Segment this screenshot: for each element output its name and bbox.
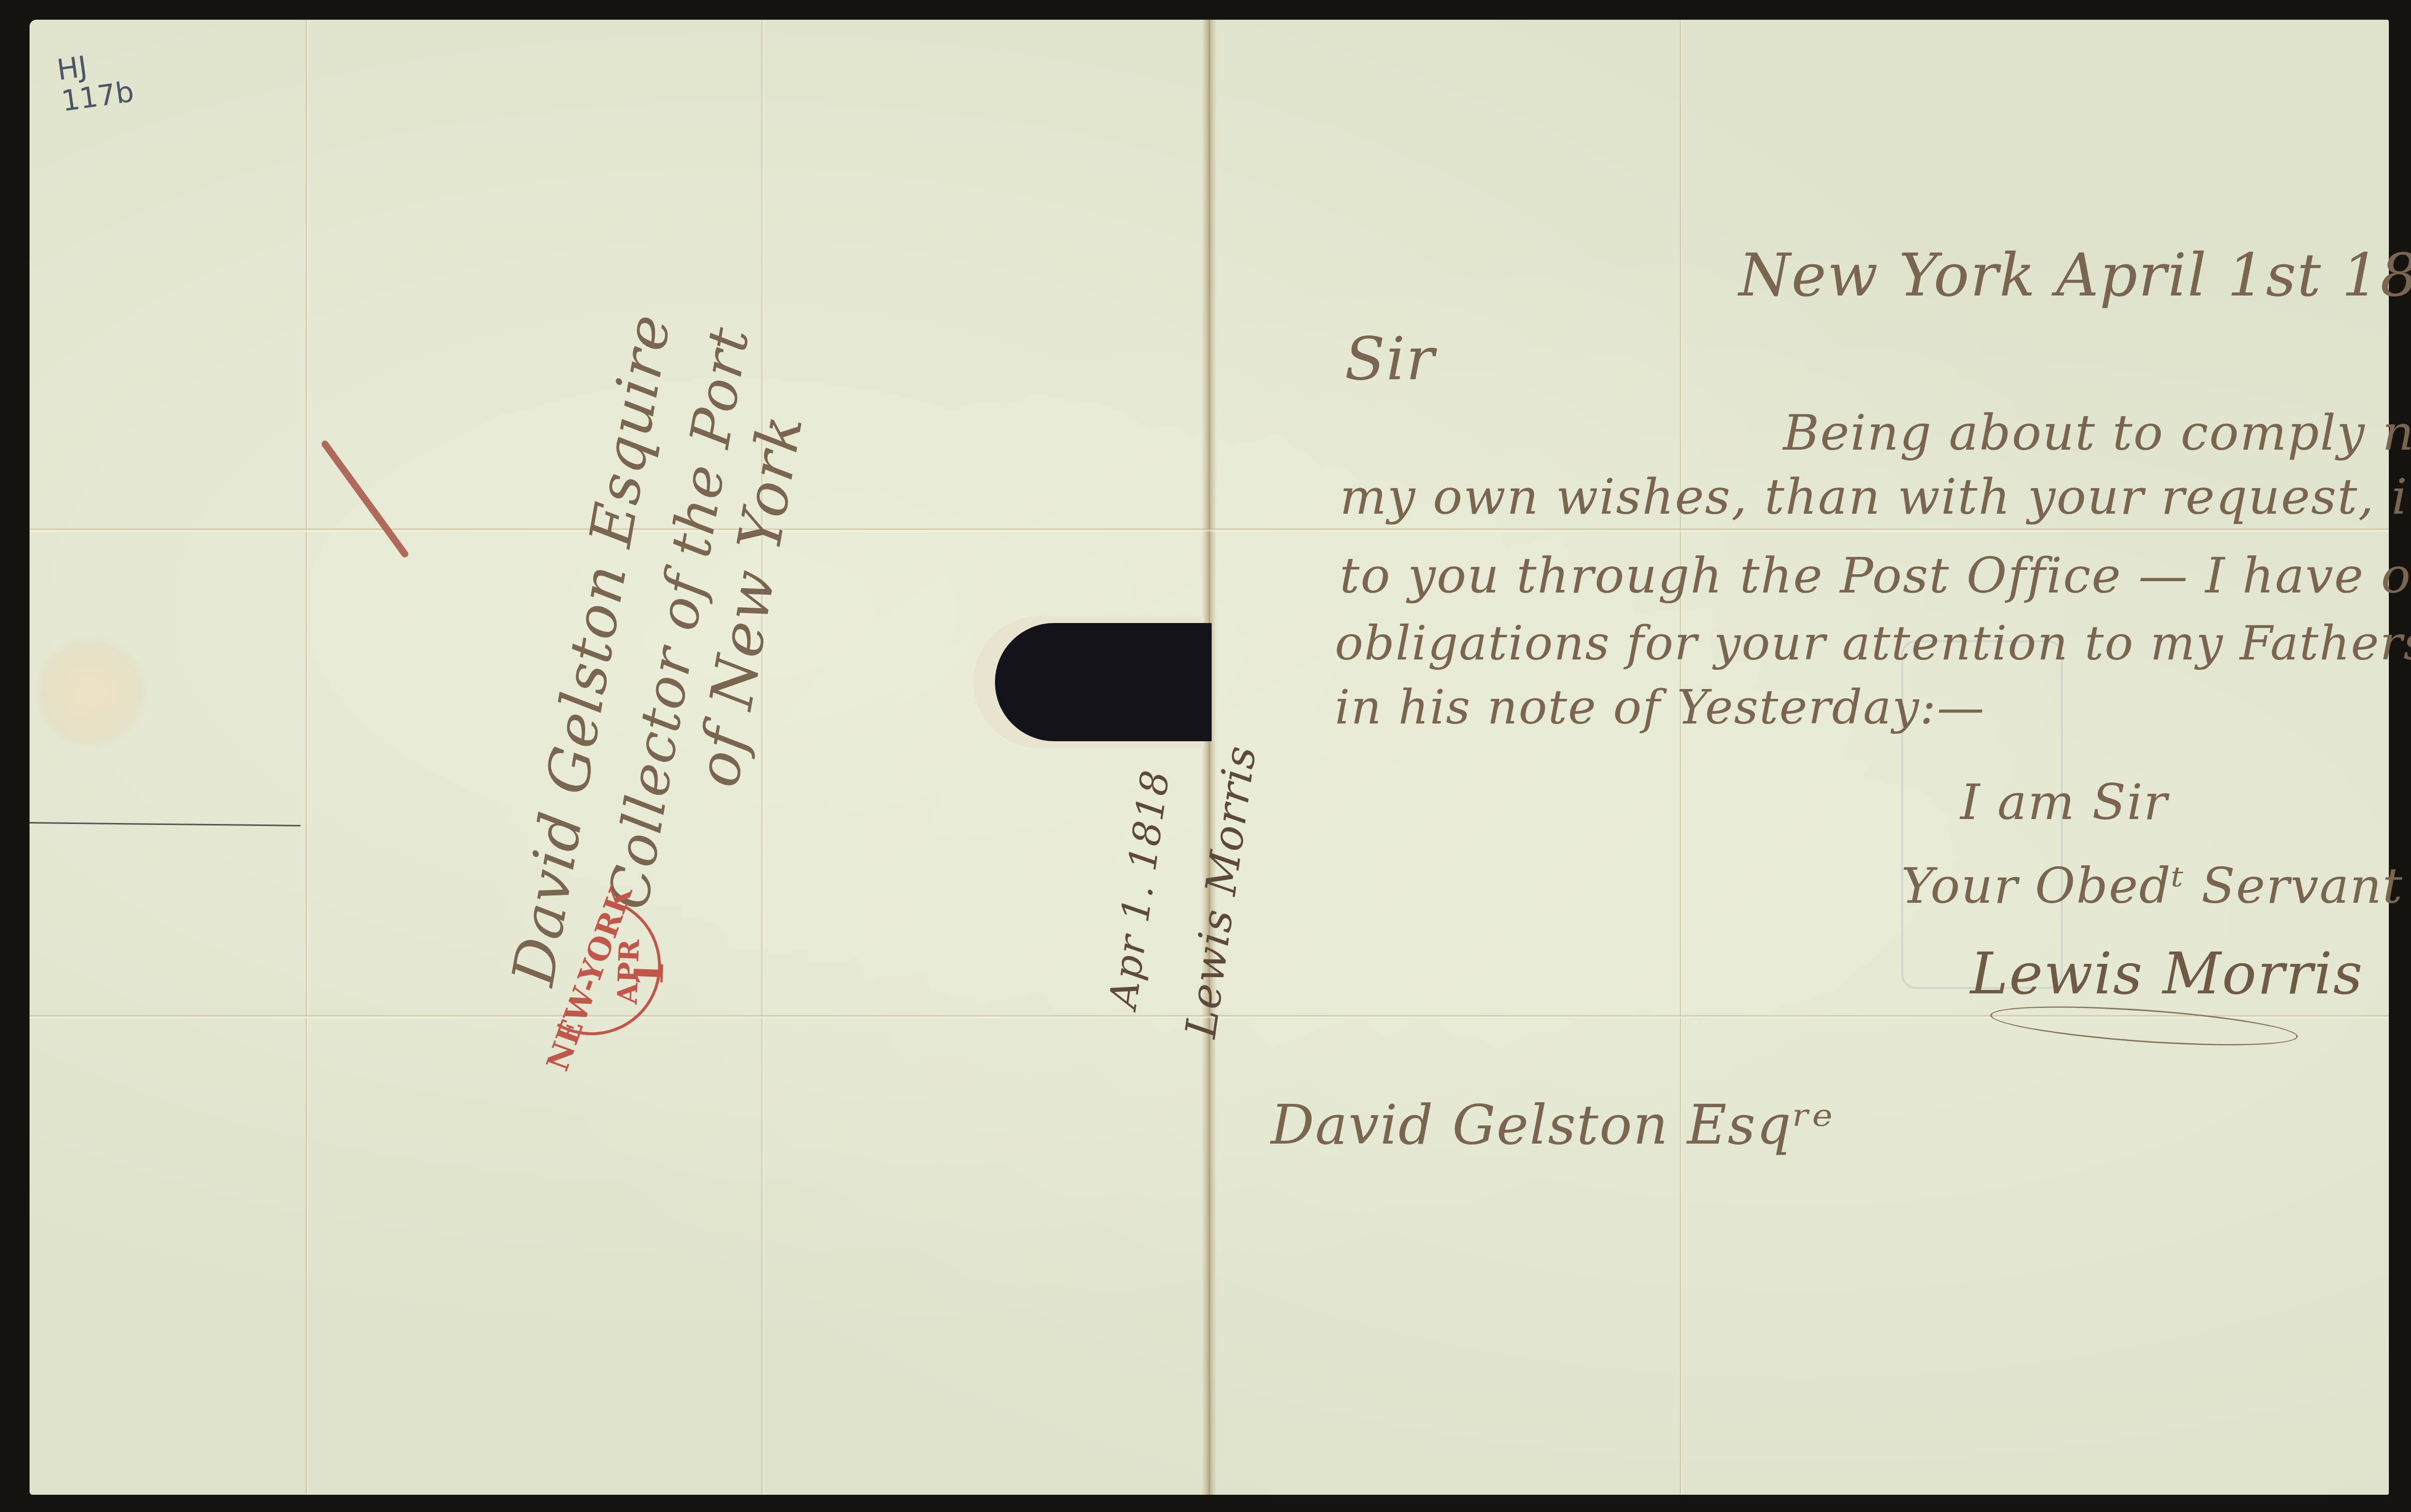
closing-line-2: Your Obedᵗ Servant	[1901, 857, 2403, 915]
body-line-5: in his note of Yesterday:—	[1335, 680, 1985, 735]
docket-date: Apr 1. 1818	[1101, 767, 1179, 1011]
vertical-fold	[1680, 20, 1683, 1495]
wax-seal-residue	[34, 635, 148, 749]
closing-line-1: I am Sir	[1960, 773, 2168, 831]
archive-mark: HJ 117b	[55, 44, 136, 117]
body-line-1: Being about to comply no less with	[1783, 404, 2411, 461]
vertical-fold	[305, 20, 308, 1495]
body-line-2: my own wishes, than with your request, i…	[1340, 468, 2411, 526]
postmark: NEW-YORK APR 1	[522, 896, 690, 1064]
addressee-footer: David Gelston Esqʳᵉ	[1271, 1093, 1834, 1156]
salutation: Sir	[1345, 325, 1435, 394]
torn-hole	[995, 623, 1212, 741]
address-panel: David Gelston Esquire Collector of the P…	[414, 340, 1029, 941]
dateline: New York April 1st 1818	[1739, 241, 2411, 310]
postmark-day: 1	[626, 959, 673, 988]
signature: Lewis Morris	[1970, 941, 2364, 1007]
body-line-3: to you through the Post Office — I have …	[1340, 547, 2411, 604]
docket: Lewis Morris Apr 1. 1818	[1074, 754, 1222, 1029]
body-line-4: obligations for your attention to my Fat…	[1335, 616, 2411, 671]
